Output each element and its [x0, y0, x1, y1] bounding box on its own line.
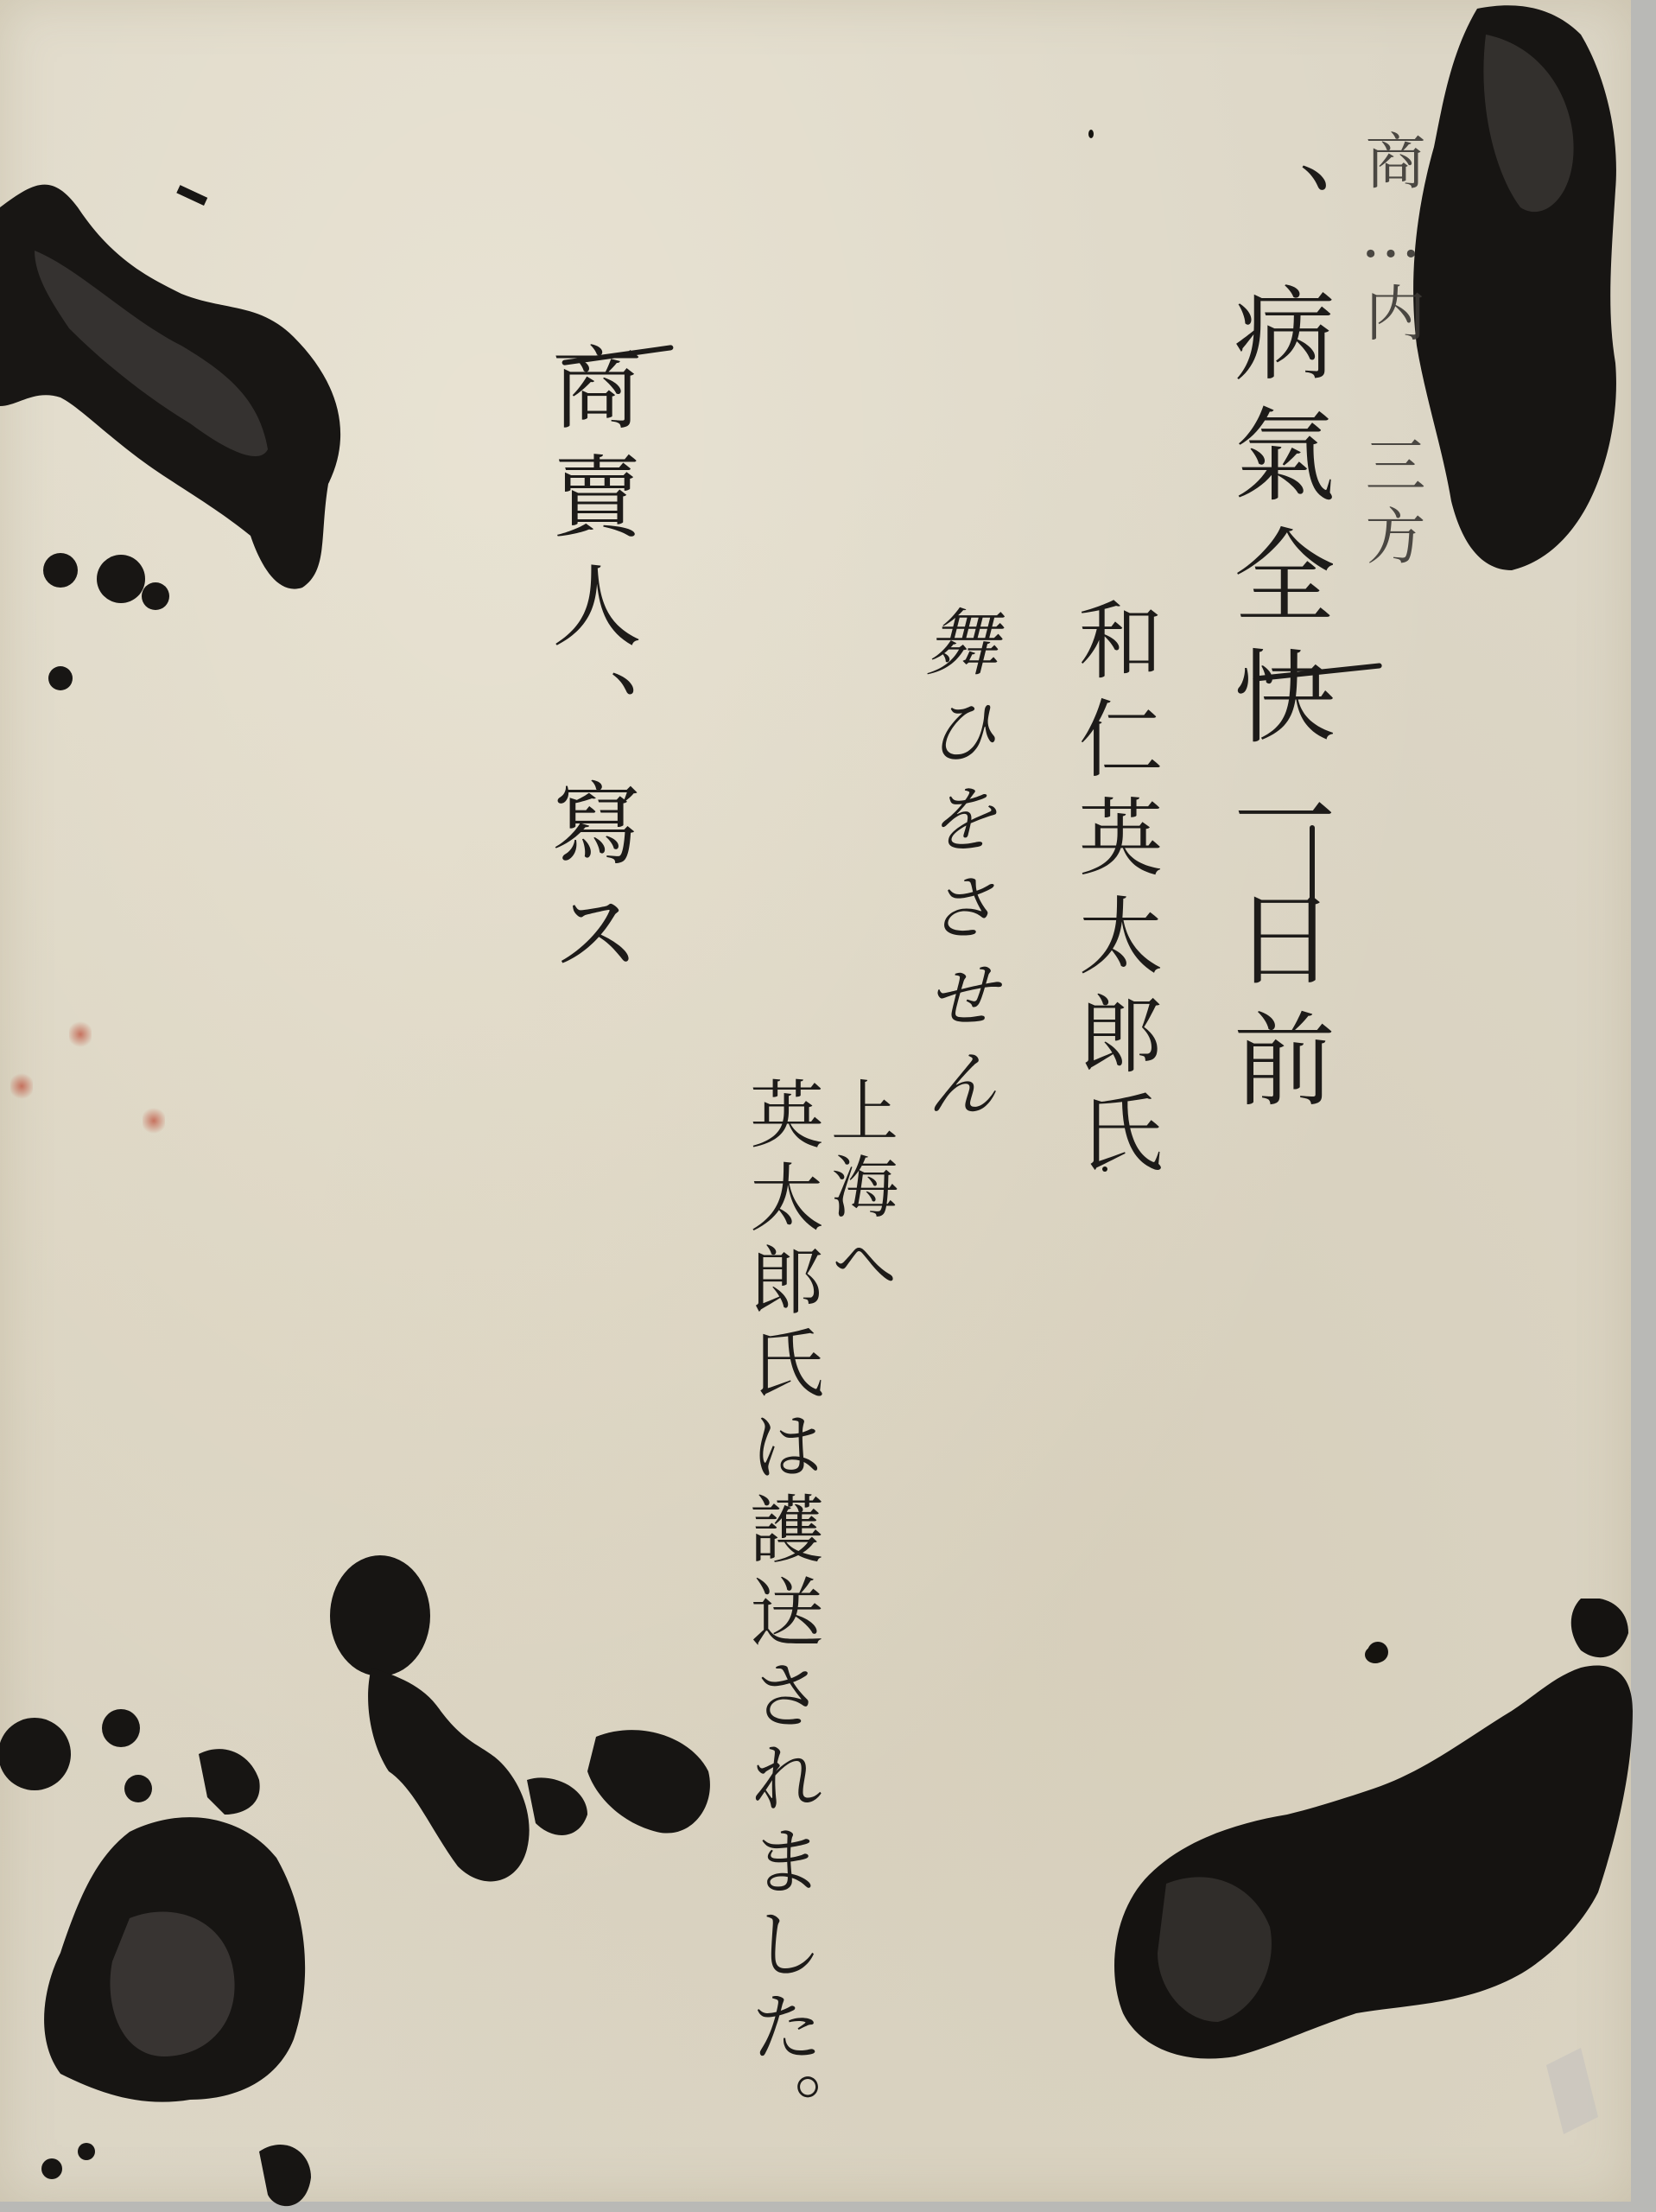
ink-speck: [1365, 1646, 1386, 1663]
column-long: 英太郎氏は護送されました。: [743, 1076, 817, 2154]
paper-sheet: 商…内 三方 、病氣全快一日前 和仁英太郎氏 舞ひをさせん 上海へ 英太郎氏は護…: [0, 0, 1631, 2202]
column-name: 和仁英太郎氏: [1071, 596, 1156, 1187]
red-mark: [69, 1020, 92, 1049]
column-small-top-right: 商…内 三方: [1361, 130, 1421, 575]
column-heading: 、病氣全快一日前: [1225, 160, 1327, 1128]
red-mark: [10, 1071, 33, 1101]
ink-blot-bottom-right: [1097, 1599, 1633, 2160]
ink-speck: [1088, 130, 1094, 138]
column-cursive: 舞ひをさせん: [920, 605, 993, 1134]
ink-blot-bottom-center: [320, 1555, 726, 1918]
ink-blot-top-right: [1399, 0, 1633, 588]
heading-vertical-stroke: [1310, 825, 1315, 946]
ink-blot-top-left: [0, 173, 363, 691]
column-left: 商賣人、寫ス: [544, 341, 634, 995]
red-mark: [143, 1106, 165, 1135]
column-shanghai: 上海へ: [825, 1076, 892, 1304]
